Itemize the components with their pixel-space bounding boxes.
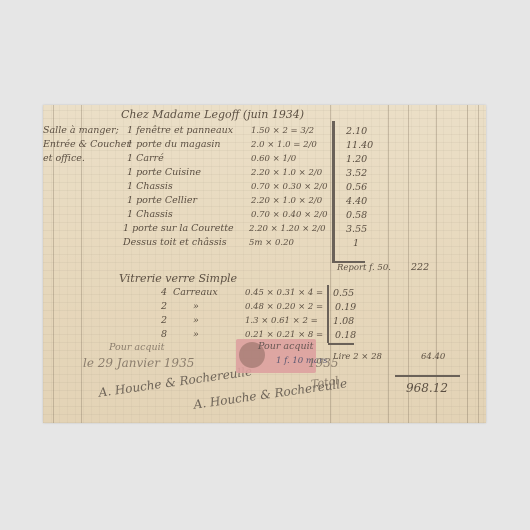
item-amount: 0.58 [346, 211, 367, 221]
section2-amount: 0.19 [335, 303, 356, 313]
stamp-text: Pour acquit [258, 342, 313, 352]
item-label: 1 Carré [127, 154, 164, 164]
subtotal-amount: 222 [411, 263, 429, 273]
item-calc: 2.20 × 1.0 × 2/0 [251, 169, 322, 178]
item-amount: 1.20 [346, 155, 367, 165]
margin-note: et office. [43, 154, 85, 164]
section2-amount: 0.55 [333, 289, 354, 299]
item-label: Dessus toit et châssis [123, 238, 227, 248]
line-after-section2: Lire 2 × 28 [333, 353, 382, 362]
item-calc: 0.60 × 1/0 [251, 155, 296, 164]
grand-total: 968.12 [406, 382, 448, 394]
document-header: Chez Madame Legoff (juin 1934) [121, 109, 304, 120]
item-amount: 1 [353, 239, 359, 249]
item-calc: 2.20 × 1.20 × 2/0 [249, 225, 326, 234]
item-label: 1 fenêtre et panneaux [127, 126, 233, 136]
section2-amount: 1.08 [333, 317, 354, 327]
stamp-date: 1935 [308, 357, 339, 369]
section2-calc: 1.3 × 0.61 × 2 = [245, 317, 318, 326]
item-label: 1 porte sur la Courette [123, 224, 234, 234]
item-label: 1 Chassis [127, 210, 173, 220]
item-label: 1 Chassis [127, 182, 173, 192]
item-label: 1 porte du magasin [127, 140, 221, 150]
section2-calc: 0.45 × 0.31 × 4 = [245, 289, 323, 298]
subtotal-line: Report f. 50. [337, 264, 391, 273]
receipt-line1: Pour acquit [109, 343, 164, 353]
item-calc: 2.0 × 1.0 = 2/0 [251, 141, 317, 150]
item-amount: 2.10 [346, 127, 367, 137]
item-calc: 0.70 × 0.40 × 2/0 [251, 211, 328, 220]
item-label: 1 porte Cuisine [127, 168, 201, 178]
item-amount: 3.52 [346, 169, 367, 179]
revenue-stamp: Pour acquit 1 f. 10 mars [236, 339, 316, 373]
section2-label: Carreaux [173, 288, 218, 298]
item-calc: 5m × 0.20 [249, 239, 294, 248]
item-amount: 11.40 [346, 141, 373, 151]
section2-qty: 8 [161, 330, 167, 340]
margin-note: Salle à manger; [43, 126, 119, 136]
margin-note: Entrée & Coucher [43, 140, 131, 150]
section2-qty: 2 [161, 316, 167, 326]
item-amount: 4.40 [346, 197, 367, 207]
item-amount: 3.55 [346, 225, 367, 235]
item-calc: 0.70 × 0.30 × 2/0 [251, 183, 328, 192]
section2-title: Vitrerie verre Simple [119, 273, 237, 284]
item-calc: 1.50 × 2 = 3/2 [251, 127, 314, 136]
section2-amount: 0.18 [335, 331, 356, 341]
section2-label: » [193, 330, 199, 340]
item-calc: 2.20 × 1.0 × 2/0 [251, 197, 322, 206]
invoice-document: Chez Madame Legoff (juin 1934) Salle à m… [43, 105, 486, 423]
section2-label: » [193, 316, 199, 326]
item-amount: 0.56 [346, 183, 367, 193]
line-after-section2-amount: 64.40 [421, 353, 445, 362]
section2-qty: 2 [161, 302, 167, 312]
section2-label: » [193, 302, 199, 312]
section2-qty: 4 [161, 288, 167, 298]
receipt-date: le 29 Janvier 1935 [83, 357, 194, 369]
item-label: 1 porte Cellier [127, 196, 197, 206]
section2-calc: 0.48 × 0.20 × 2 = [245, 303, 323, 312]
